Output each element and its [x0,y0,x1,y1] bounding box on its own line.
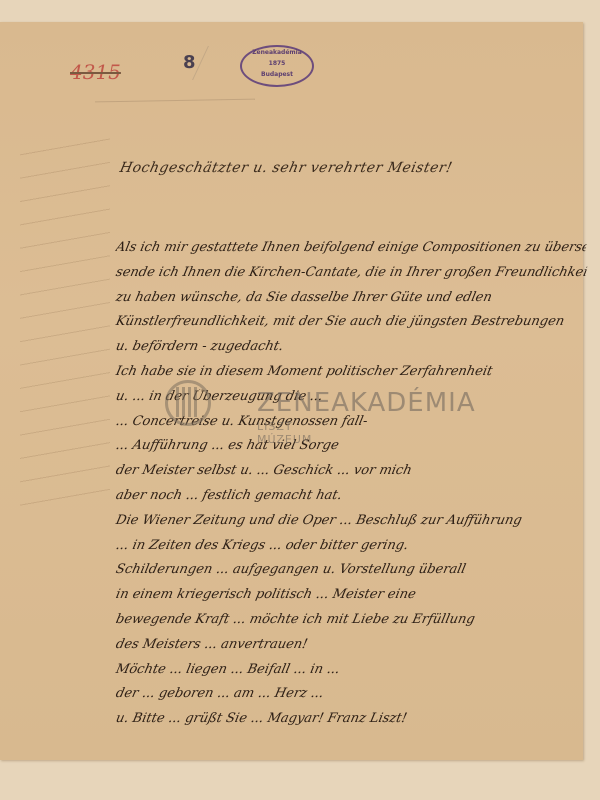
harp-logo-icon [165,380,211,426]
body-line: aber noch ... festlich gemacht hat. [112,488,587,513]
watermark-subtitle: LISZT MÚZEUM [257,420,312,446]
body-line: Die Wiener Zeitung und die Oper ... Besc… [112,513,587,538]
library-stamp: Zeneakadémia 1875 Budapest [240,45,314,87]
bleed-through-text [20,132,110,512]
stamp-line-3: Budapest [242,69,312,80]
stamp-line-2: 1875 [242,58,312,69]
letter-body: Als ich mir gestattete Ihnen beifolgend … [115,240,585,736]
salutation: Hochgeschätzter u. sehr verehrter Meiste… [118,160,454,176]
page-number: 8 [183,52,196,73]
body-line: Künstlerfreundlichkeit, mit der Sie auch… [112,314,587,339]
body-line: sende ich Ihnen die Kirchen-Cantate, die… [112,265,587,290]
body-line: u. befördern - zugedacht. [112,339,587,364]
body-line: ... in Zeiten des Kriegs ... oder bitter… [112,538,587,563]
body-line: in einem kriegerisch politisch ... Meist… [112,587,587,612]
body-line: u. Bitte ... grüßt Sie ... Magyar! Franz… [112,711,587,736]
inventory-number: 4315 [70,60,121,84]
stamp-line-1: Zeneakadémia [242,47,312,58]
body-line: Schilderungen ... aufgegangen u. Vorstel… [112,562,587,587]
body-line: bewegende Kraft ... möchte ich mit Liebe… [112,612,587,637]
body-line: ... Aufführung ... es hat viel Sorge [112,438,587,463]
body-line: der ... geboren ... am ... Herz ... [112,686,587,711]
body-line: zu haben wünsche, da Sie dasselbe Ihrer … [112,290,587,315]
body-line: Möchte ... liegen ... Beifall ... in ... [112,662,587,687]
body-line: der Meister selbst u. ... Geschick ... v… [112,463,587,488]
body-line: des Meisters ... anvertrauen! [112,637,587,662]
body-line: Als ich mir gestattete Ihnen beifolgend … [112,240,587,265]
watermark-title: ZENEAKADÉMIA [257,388,476,418]
